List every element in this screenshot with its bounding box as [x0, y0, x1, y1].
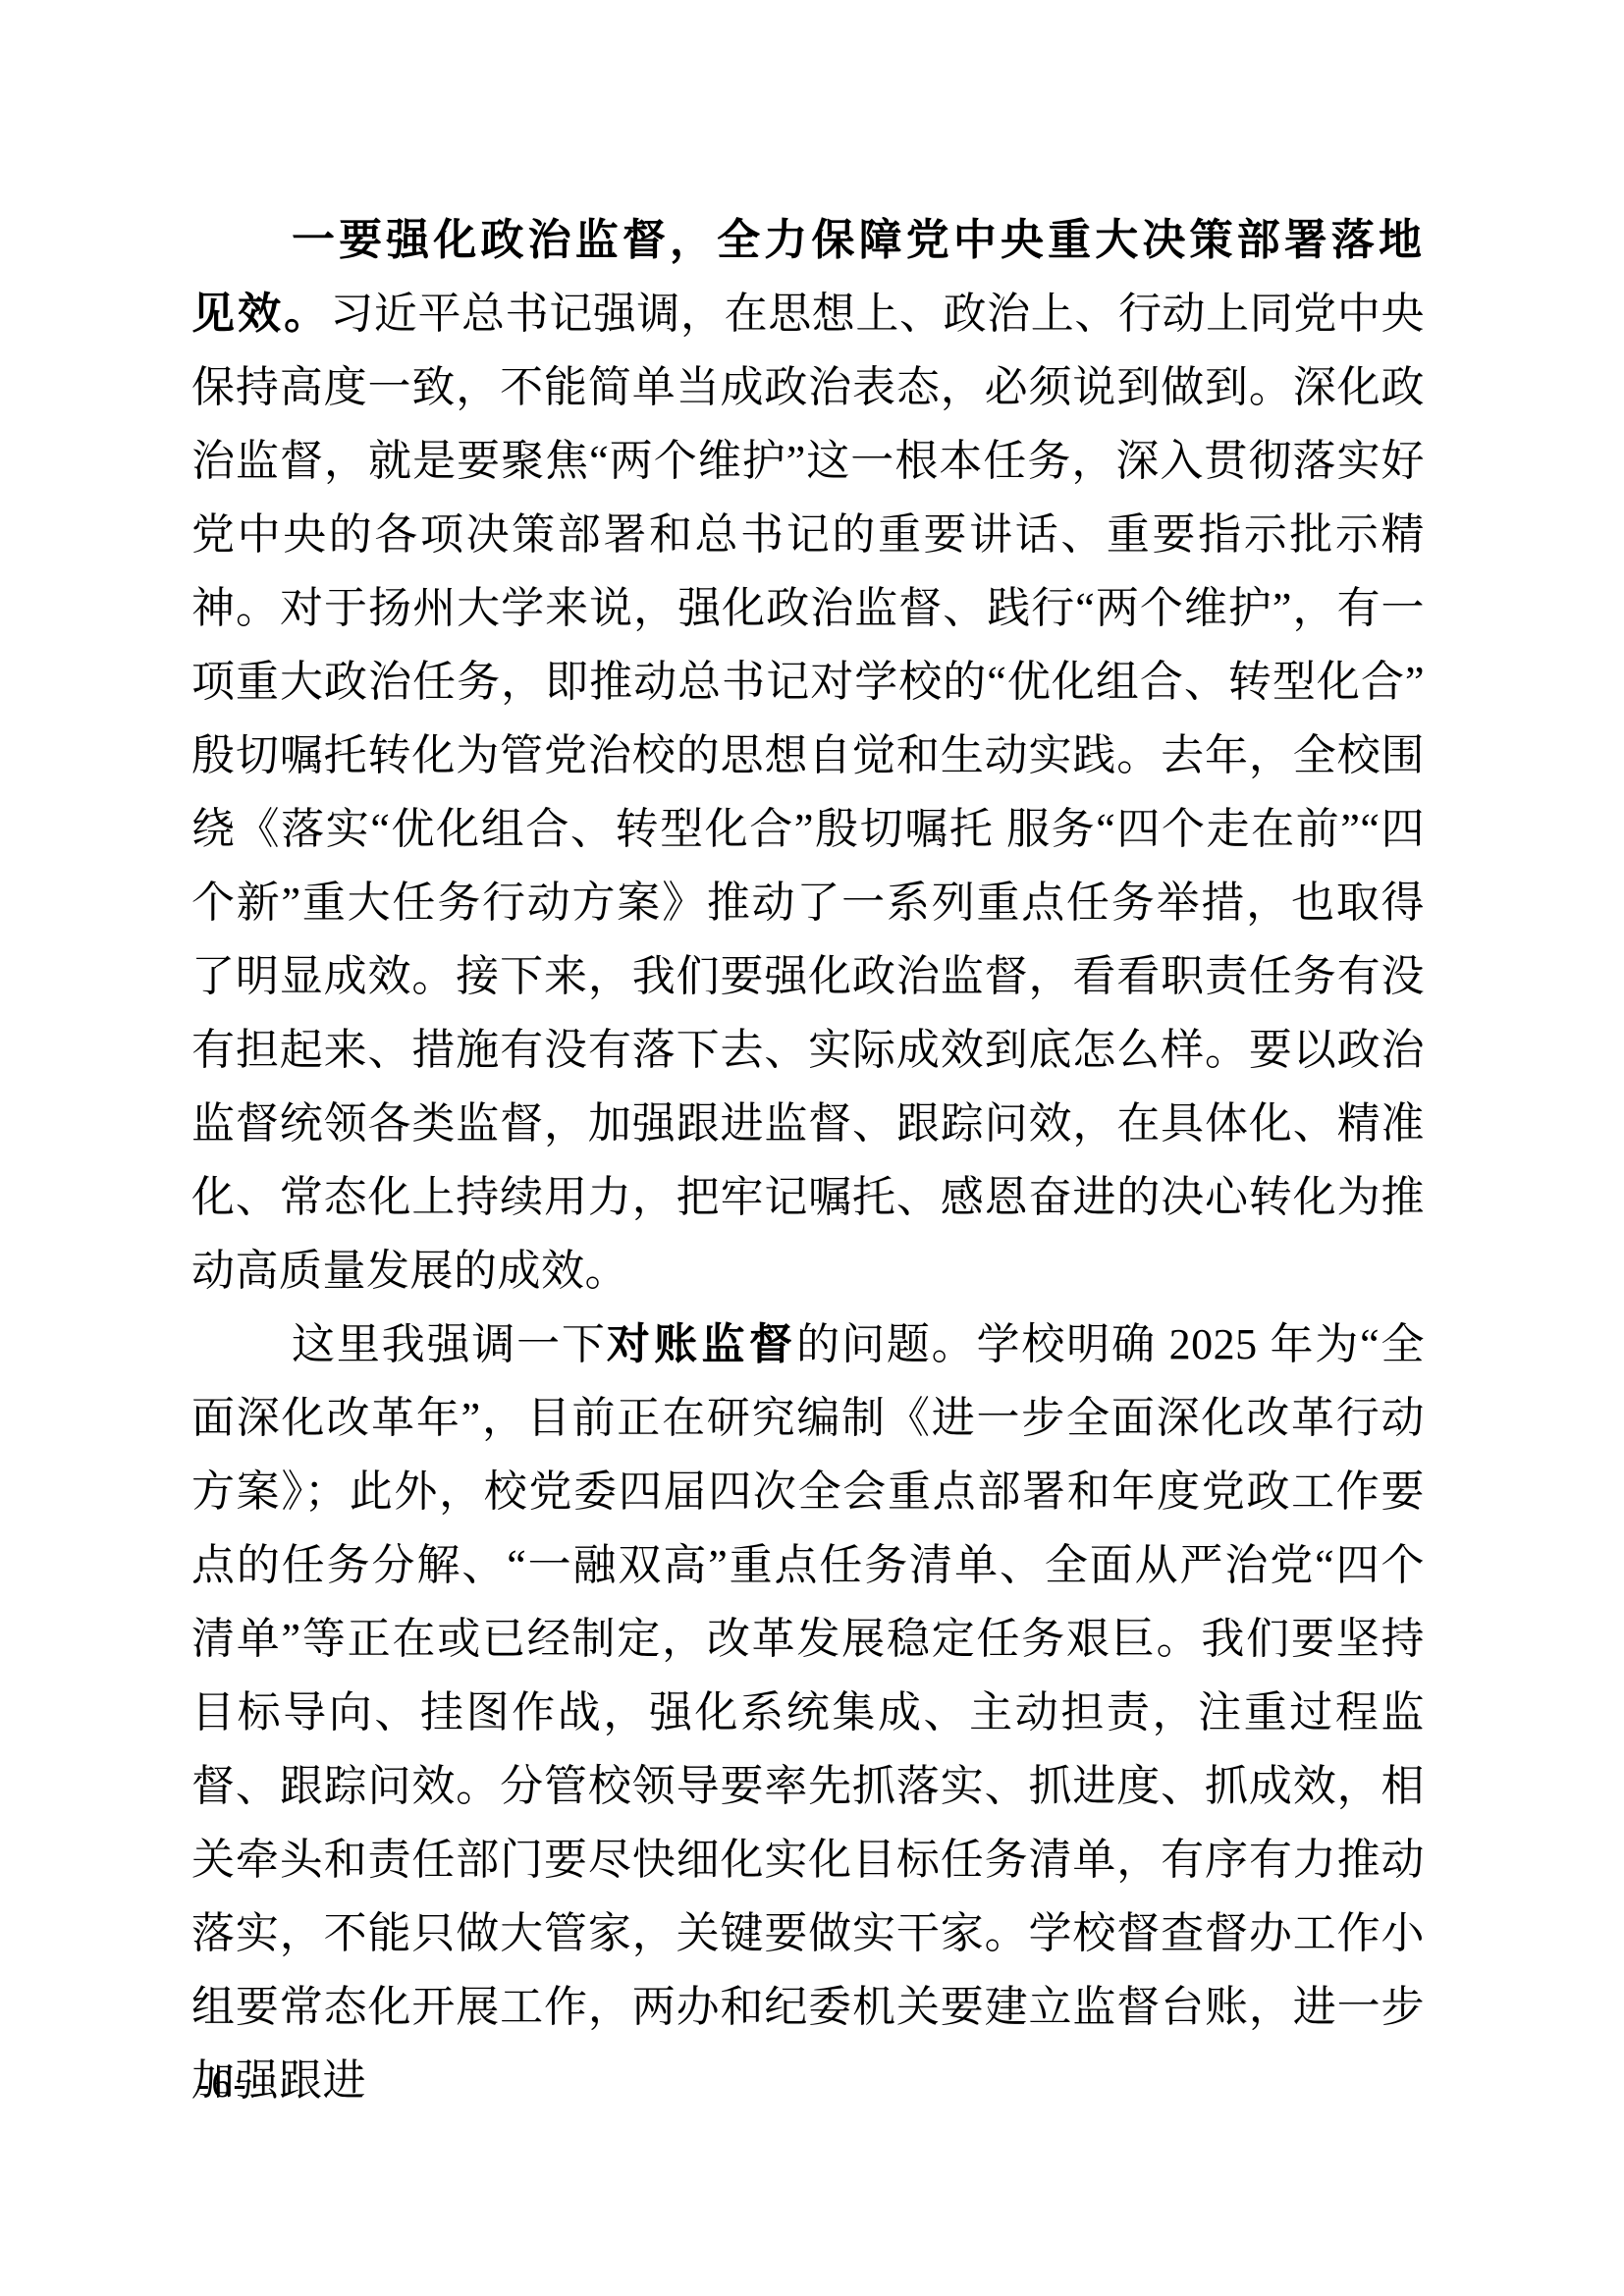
document-page: 一要强化政治监督，全力保障党中央重大决策部署落地见效。习近平总书记强调，在思想上…: [0, 0, 1624, 2296]
document-body: 一要强化政治监督，全力保障党中央重大决策部署落地见效。习近平总书记强调，在思想上…: [191, 203, 1425, 2117]
text-run: 习近平总书记强调，在思想上、政治上、行动上同党中央保持高度一致，不能简单当成政治…: [191, 290, 1425, 1295]
text-run: 这里我强调一下: [292, 1320, 607, 1368]
para-political-supervision: 一要强化政治监督，全力保障党中央重大决策部署落地见效。习近平总书记强调，在思想上…: [191, 203, 1425, 1308]
para-ledger-supervision: 这里我强调一下对账监督的问题。学校明确 2025 年为“全面深化改革年”，目前正…: [191, 1308, 1425, 2117]
page-number: -6-: [196, 2061, 248, 2107]
emphasis-run: 对账监督: [607, 1320, 796, 1368]
text-run: 的问题。学校明确 2025 年为“全面深化改革年”，目前正在研究编制《进一步全面…: [191, 1320, 1425, 2105]
